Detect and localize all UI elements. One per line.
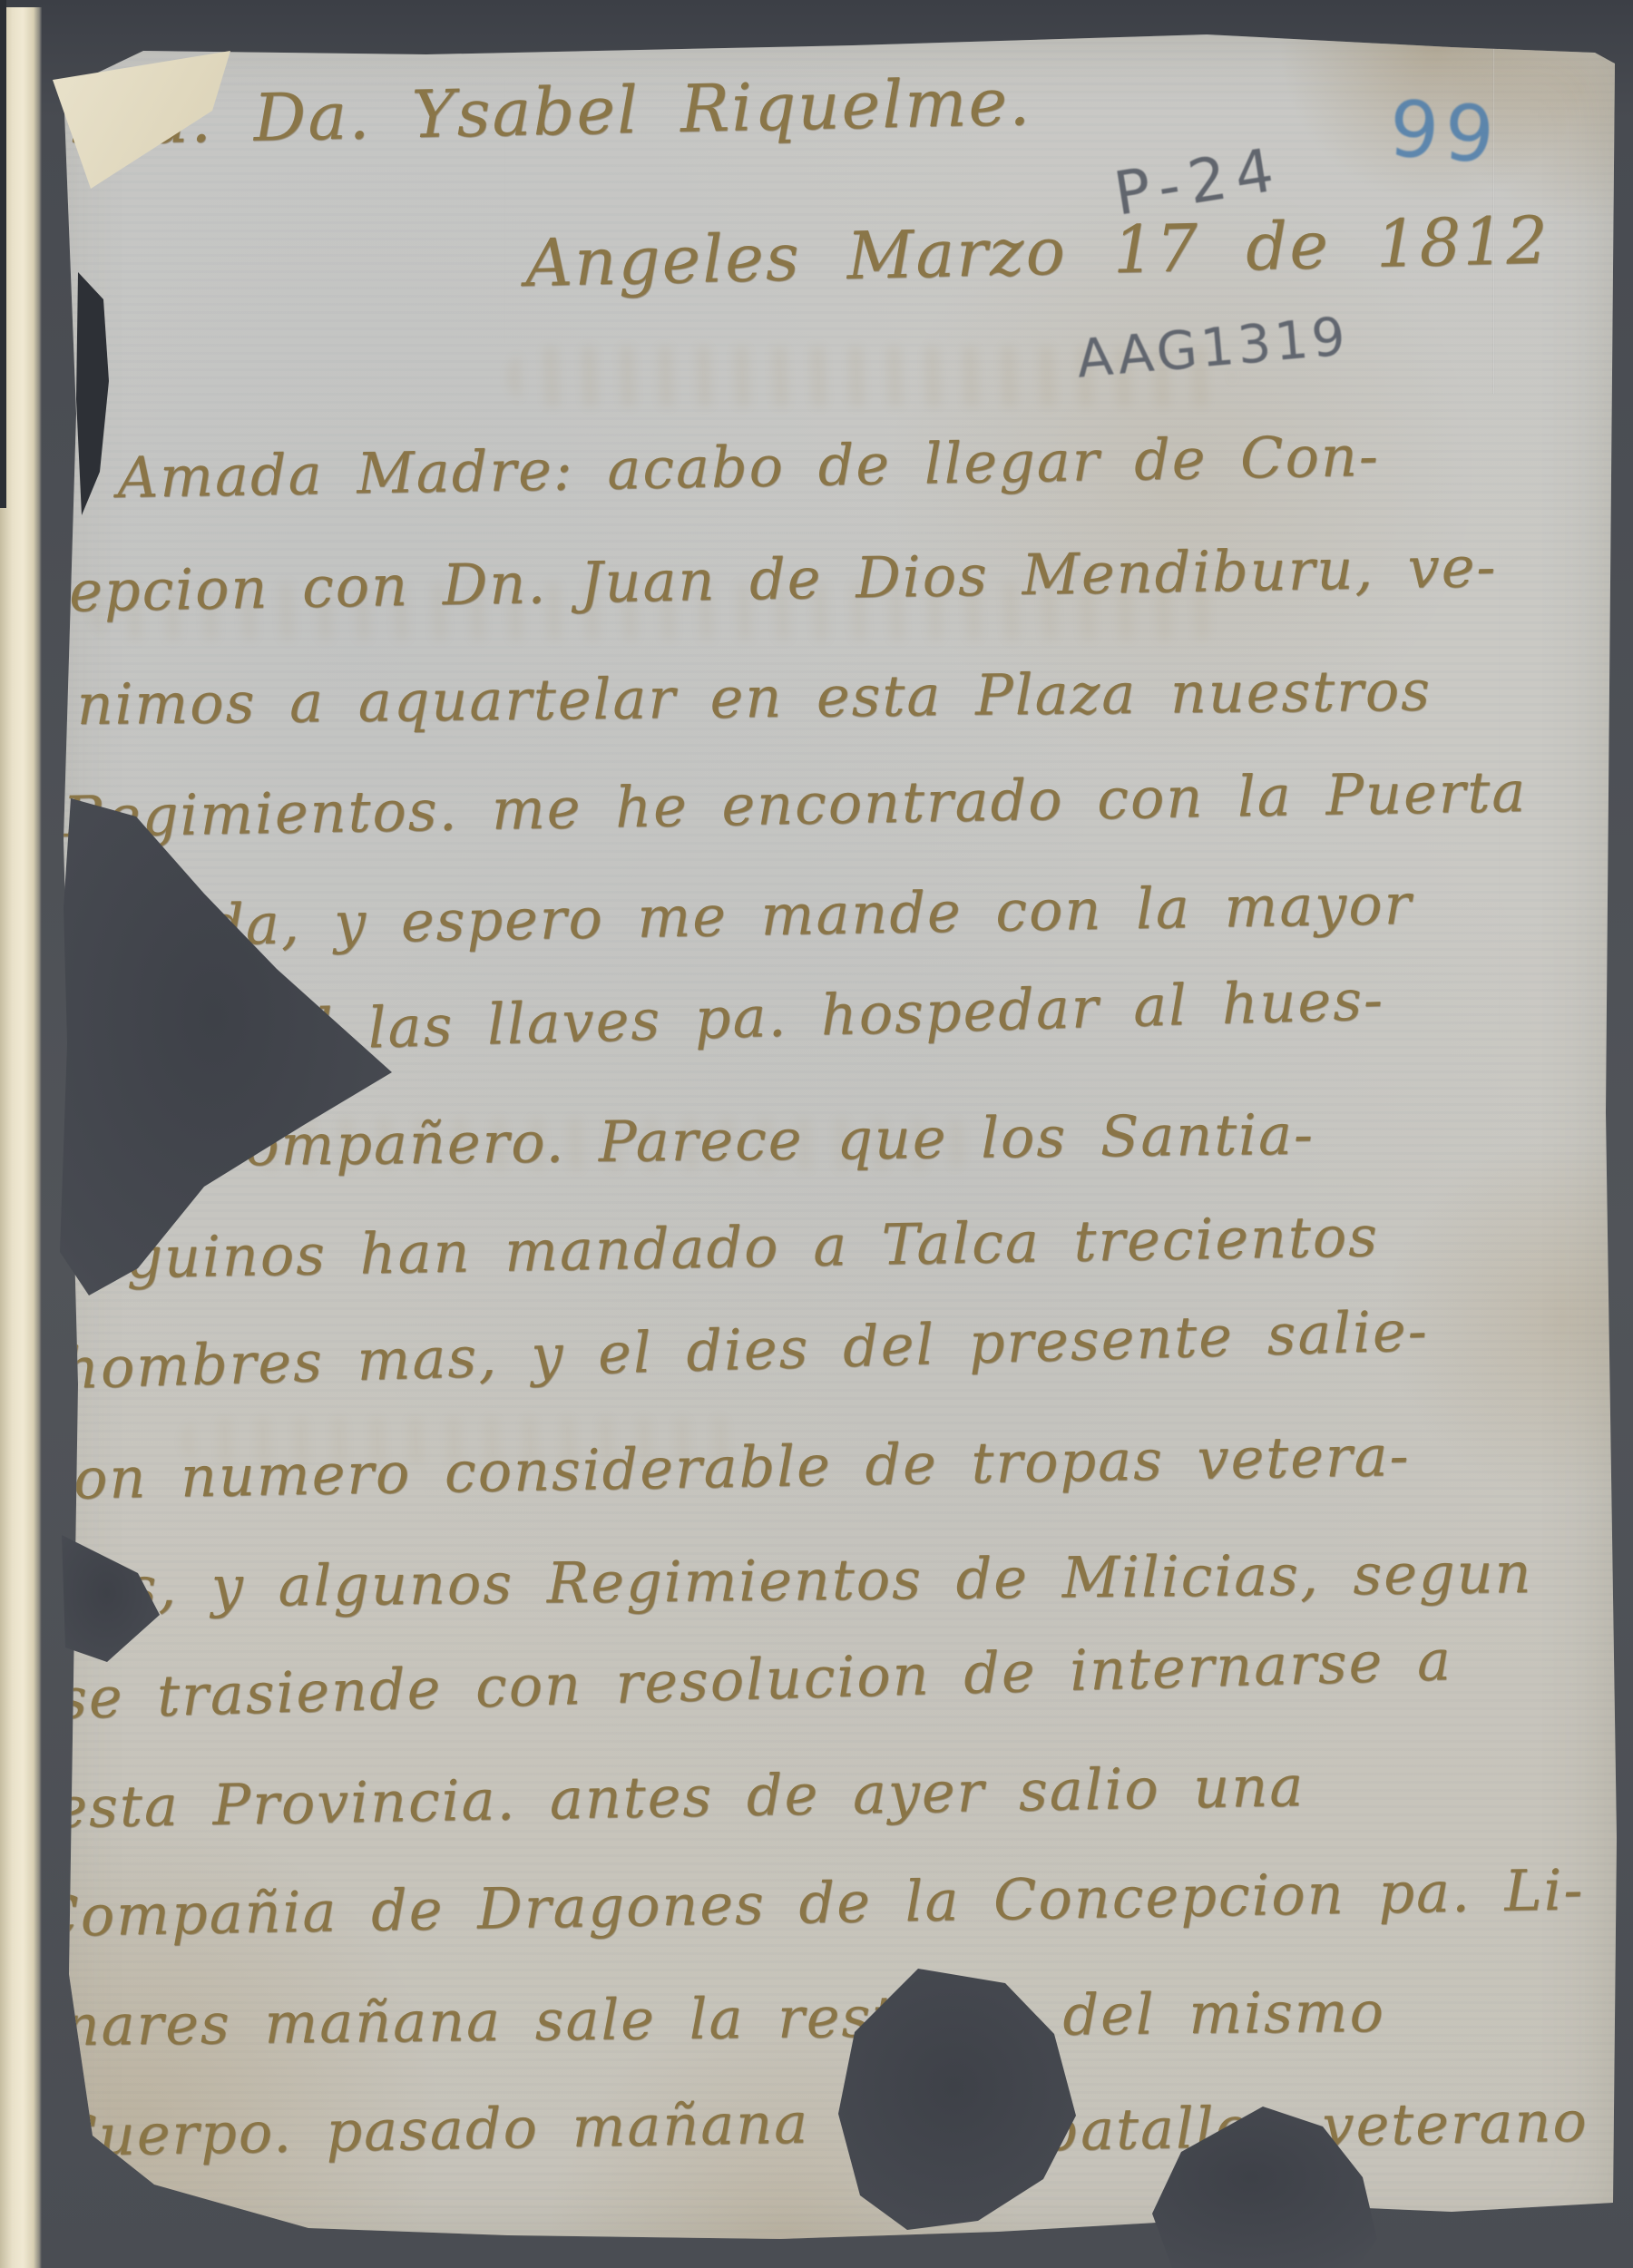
letter-line: nas, y algunos Regimientos de Milicias, … [54,1540,1533,1621]
letter-line-last-left: Cuerpo. pasado mañana [54,2089,810,2169]
catalog-number-mark: AAG1319 [1074,305,1351,390]
dateline: Angeles Marzo 17 de 1812 [524,201,1550,301]
letter-line: hombres mas, y el dies del presente sali… [62,1297,1429,1402]
letter-line: Compañia de Dragones de la Concepcion pa… [35,1856,1585,1950]
letter-line: esta Provincia. antes de ayer salio una [54,1753,1305,1841]
letter-line: cepcion con Dn. Juan de Dios Mendiburu, … [35,533,1498,625]
letter-line: nares mañana sale la restante del mismo [63,1979,1385,2058]
letter-line: guinos han mandado a Talca trecientos [126,1203,1380,1291]
letter-line: nimos a aquartelar en esta Plaza nuestro… [76,657,1432,738]
letter-line: Amada Madre: acabo de llegar de Con- [117,423,1381,511]
blue-stamp-number: 99 [1386,83,1502,181]
scan-edge-shadow [0,0,6,508]
letter-line: Regimientos. me he encontrado con la Pue… [63,758,1528,850]
letter-line: se trasiende con resolucion de internars… [57,1627,1453,1732]
